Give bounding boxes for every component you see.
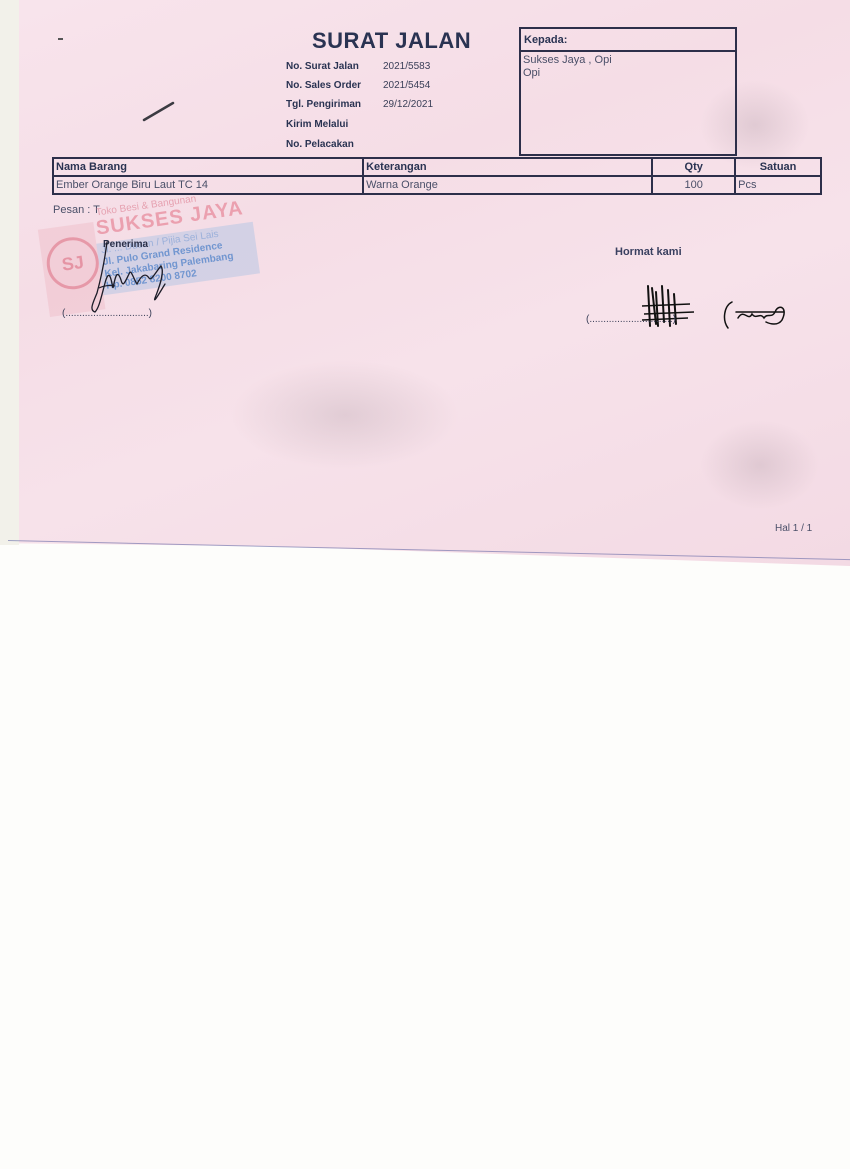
staple-icon xyxy=(142,100,176,122)
cell-qty: 100 xyxy=(652,176,735,194)
items-table: Nama Barang Keterangan Qty Satuan Ember … xyxy=(52,157,822,195)
smudge xyxy=(230,360,460,470)
receiver-label: Penerima xyxy=(103,239,148,250)
scan-mark xyxy=(58,38,63,40)
document-title: SURAT JALAN xyxy=(312,28,471,54)
column-header-keterangan: Keterangan xyxy=(363,158,652,176)
scanner-margin xyxy=(0,0,19,545)
meta-value: 2021/5583 xyxy=(383,61,430,72)
smudge xyxy=(700,420,820,510)
page-indicator: Hal 1 / 1 xyxy=(775,523,812,534)
recipient-line-1: Sukses Jaya , Opi xyxy=(523,54,735,67)
table-header-row: Nama Barang Keterangan Qty Satuan xyxy=(53,158,821,176)
cell-keterangan: Warna Orange xyxy=(363,176,652,194)
column-header-nama-barang: Nama Barang xyxy=(53,158,363,176)
meta-label: Kirim Melalui xyxy=(286,119,348,130)
meta-label: No. Surat Jalan xyxy=(286,61,359,72)
meta-label: Tgl. Pengiriman xyxy=(286,99,361,110)
column-header-satuan: Satuan xyxy=(735,158,821,176)
recipient-line-2: Opi xyxy=(523,67,735,80)
meta-label: No. Sales Order xyxy=(286,80,361,91)
meta-label: No. Pelacakan xyxy=(286,139,354,150)
sender-label: Hormat kami xyxy=(615,246,682,258)
column-header-qty: Qty xyxy=(652,158,735,176)
recipient-box: Kepada: Sukses Jaya , Opi Opi xyxy=(519,27,737,156)
cell-satuan: Pcs xyxy=(735,176,821,194)
recipient-heading: Kepada: xyxy=(521,29,735,52)
receiver-signature-line: (..............................) xyxy=(62,308,152,319)
sender-signature-line: (..............................) xyxy=(586,314,676,325)
meta-value: 2021/5454 xyxy=(383,80,430,91)
meta-value: 29/12/2021 xyxy=(383,99,433,110)
recipient-address: Sukses Jaya , Opi Opi xyxy=(521,52,735,80)
